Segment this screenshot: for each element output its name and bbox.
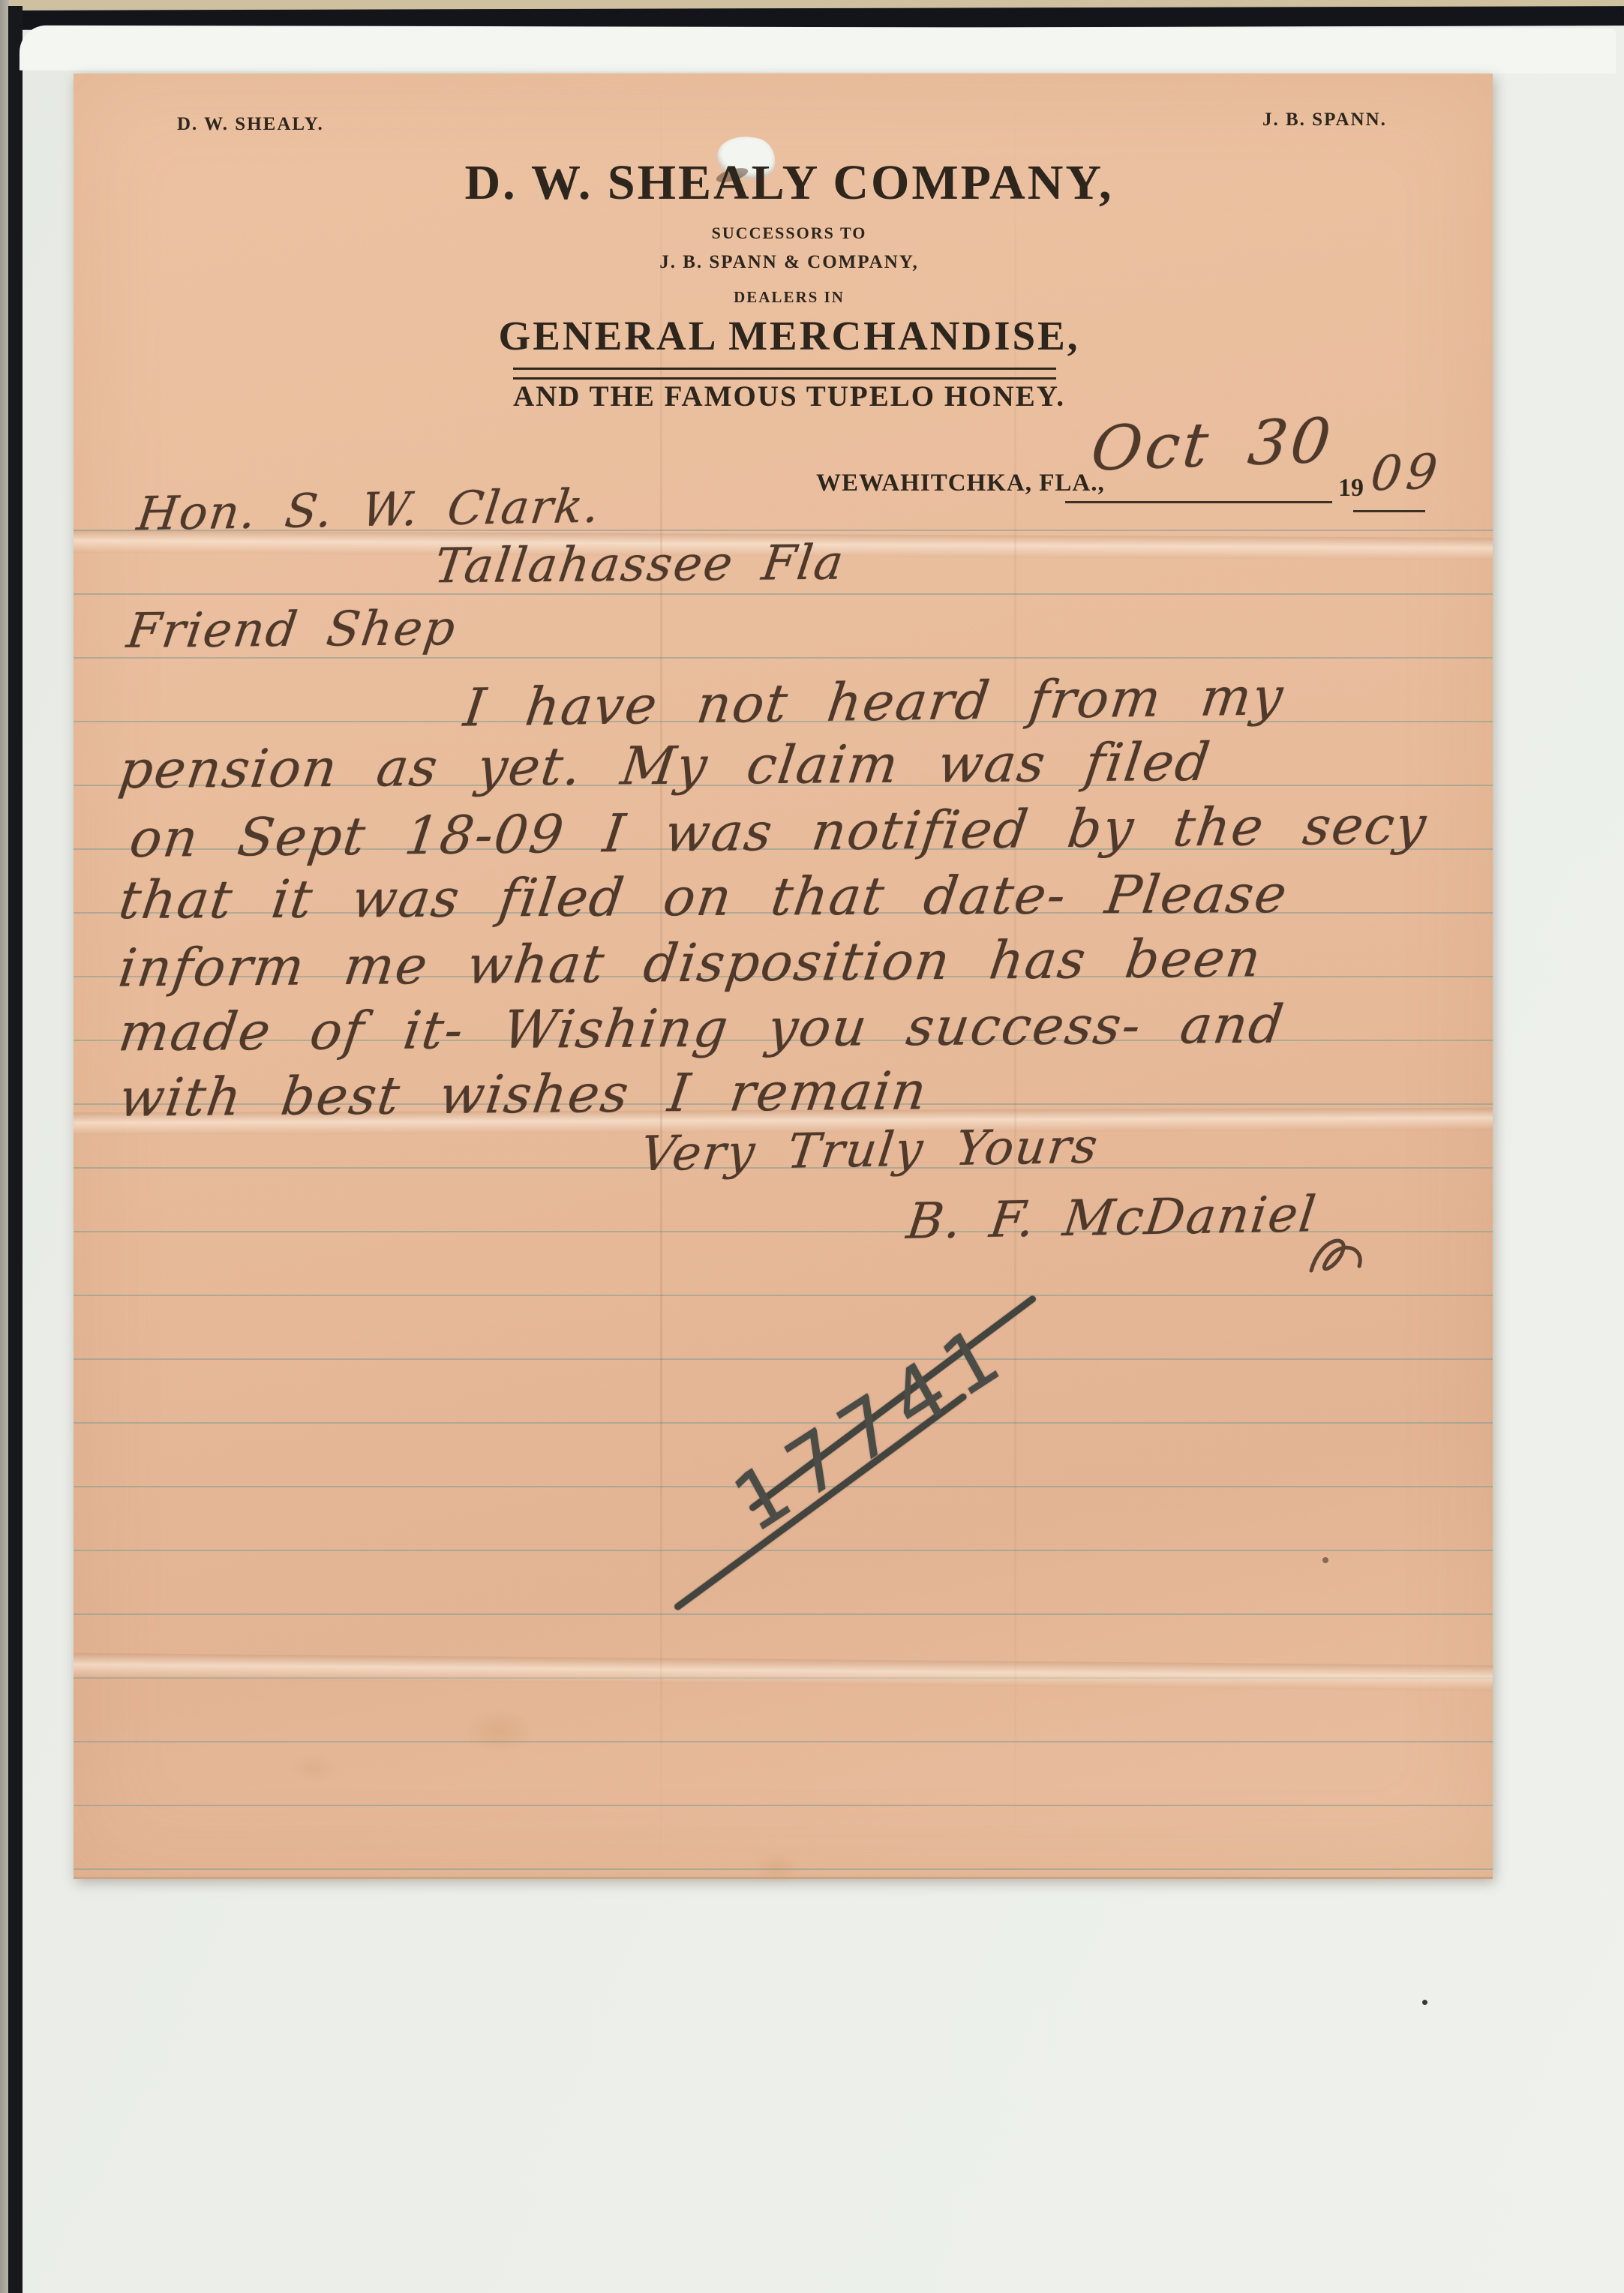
recipient-line: Hon. S. W. Clark. <box>134 479 604 542</box>
place-line: WEWAHITCHKA, FLA., <box>816 470 1105 497</box>
recipient-place-line: Tallahassee Fla <box>431 536 848 595</box>
scan-left-black-edge <box>8 6 23 2293</box>
body-line: made of it- Wishing you success- and <box>116 994 1289 1064</box>
dealers-line: DEALERS IN <box>86 288 1493 307</box>
paper-speck <box>1322 1557 1328 1563</box>
foxing-stain <box>287 1754 340 1784</box>
backing-speck <box>1422 2000 1427 2005</box>
letter-paper: D. W. SHEALY. J. B. SPANN. D. W. SHEALY … <box>74 74 1493 1879</box>
sleeve-top-highlight <box>20 26 1616 74</box>
foxing-stain <box>752 1851 801 1885</box>
scanned-letter: D. W. SHEALY. J. B. SPANN. D. W. SHEALY … <box>0 0 1624 2293</box>
business-double-rule <box>513 368 1056 380</box>
company-name: D. W. SHEALY COMPANY, <box>86 155 1493 212</box>
successors-line: SUCCESSORS TO <box>86 224 1493 243</box>
closing-line: Very Truly Yours <box>638 1119 1102 1183</box>
letterhead-proprietor-left: D. W. SHEALY. <box>177 114 324 135</box>
body-line: pension as yet. My claim was filed <box>116 731 1215 800</box>
date-handwritten: Oct 30 <box>1088 405 1337 485</box>
body-line: inform me what disposition has been <box>116 927 1266 998</box>
body-line: with best wishes I remain <box>116 1060 932 1128</box>
year-underline <box>1353 510 1425 512</box>
date-underline <box>1065 501 1332 503</box>
year-handwritten: 09 <box>1368 444 1445 502</box>
letterhead-proprietor-right: J. B. SPANN. <box>1262 110 1387 131</box>
year-printed: 19 <box>1338 474 1364 503</box>
signature-line: B. F. McDaniel <box>904 1185 1320 1250</box>
business-line: GENERAL MERCHANDISE, <box>86 312 1493 359</box>
signature-flourish <box>1304 1229 1371 1289</box>
body-line: I have not heard from my <box>461 665 1288 738</box>
foxing-stain <box>464 1709 535 1754</box>
predecessor-company: J. B. SPANN & COMPANY, <box>86 252 1493 273</box>
body-line: that it was filed on that date- Please <box>116 863 1292 931</box>
salutation-line: Friend Shep <box>124 601 460 659</box>
